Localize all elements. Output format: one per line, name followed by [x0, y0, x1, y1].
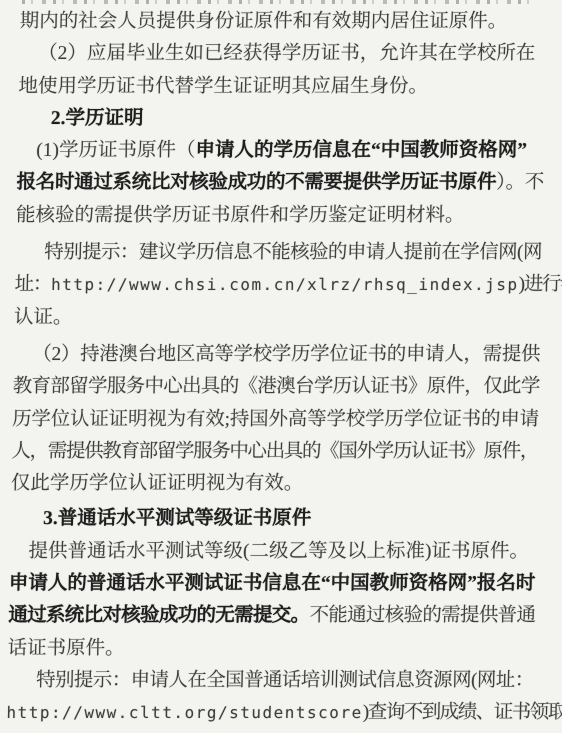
text-line: 话证书原件。: [7, 633, 535, 665]
text-segment: 教育部留学服务中心出具的《港澳台学历认证书》原件，仅此学: [12, 376, 539, 397]
text-segment: 地使用学历证书代替学生证证明其应届生身份。: [18, 76, 428, 97]
text-segment: （2）持港澳台地区高等学校学历学位证书的申请人，需提供: [32, 344, 540, 365]
text-segment: 能核验的需提供学历证书原件和学历鉴定证明材料。: [16, 205, 465, 226]
text-segment: 2.学历证明: [51, 108, 144, 129]
text-segment: 申请人的普通话水平测试证书信息在“中国教师资格网”报名时: [9, 573, 536, 594]
text-segment: 申请人的学历信息在“中国教师资格网”: [195, 140, 527, 161]
text-segment: )查询不到成绩、证书领取、: [362, 702, 562, 723]
text-line: 报名时通过系统比对核验成功的不需要提供学历证书原件）。不: [16, 167, 544, 199]
text-segment: ）。不: [496, 172, 544, 193]
url-text: http://www.cltt.org/studentscore: [6, 703, 363, 722]
text-line: (1)学历证书原件（申请人的学历信息在“中国教师资格网”: [17, 135, 545, 167]
text-line: 历学位认证证明视为有效;持国外高等学校学历学位证书的申请: [12, 404, 540, 436]
scanned-document-page: 期内的社会人员提供身份证原件和有效期内居住证原件。（2）应届毕业生如已经获得学历…: [0, 0, 562, 733]
url-text: http://www.chsi.com.cn/xlrz/rhsq_index.j…: [51, 275, 519, 294]
text-line: 人，需提供教育部留学服务中心出具的《国外学历认证书》原件，: [11, 436, 539, 468]
text-line: 地使用学历证书代替学生证证明其应届生身份。: [18, 71, 546, 103]
text-line: 能核验的需提供学历证书原件和学历鉴定证明材料。: [16, 200, 544, 232]
text-line: 申请人的普通话水平测试证书信息在“中国教师资格网”报名时: [9, 568, 537, 600]
text-segment: 期内的社会人员提供身份证原件和有效期内居住证原件。: [20, 11, 508, 32]
text-line: 通过系统比对核验成功的无需提交。不能通过核验的需提供普通: [8, 600, 536, 632]
text-segment: 仅此学历学位认证证明视为有效。: [11, 473, 304, 494]
text-line: 认证。: [14, 302, 542, 334]
text-segment: 历学位认证证明视为有效;持国外高等学校学历学位证书的申请: [12, 409, 539, 430]
text-line: 提供普通话水平测试等级(二级乙等及以上标准)证书原件。: [9, 536, 537, 568]
text-segment: 址：: [14, 274, 51, 295]
text-segment: 3.普通话水平测试等级证书原件: [43, 508, 312, 529]
text-segment: 话证书原件。: [7, 638, 124, 659]
text-segment: 通过系统比对核验成功的无需提交。: [8, 605, 310, 626]
text-segment: （2）应届毕业生如已经获得学历证书，允许其在学校所在: [38, 43, 536, 64]
text-line: 特别提示：建议学历信息不能核验的申请人提前在学信网(网: [15, 237, 543, 269]
text-segment: )进行学历: [518, 274, 562, 295]
text-line: 教育部留学服务中心出具的《港澳台学历认证书》原件，仅此学: [12, 371, 540, 403]
text-line: 址：http://www.chsi.com.cn/xlrz/rhsq_index…: [14, 269, 542, 301]
text-segment: 特别提示：申请人在全国普通话培训测试信息资源网(网址：: [36, 670, 534, 691]
text-segment: 特别提示：建议学历信息不能核验的申请人提前在学信网(网: [44, 242, 542, 263]
text-line: 3.普通话水平测试等级证书原件: [10, 503, 538, 535]
text-segment: 不能通过核验的需提供普通: [309, 605, 535, 626]
text-line: 2.学历证明: [18, 103, 546, 135]
document-body: 期内的社会人员提供身份证原件和有效期内居住证原件。（2）应届毕业生如已经获得学历…: [6, 6, 547, 730]
text-line: （2）应届毕业生如已经获得学历证书，允许其在学校所在: [19, 38, 547, 70]
text-segment: 报名时通过系统比对核验成功的不需要提供学历证书原件: [16, 172, 496, 193]
text-line: （2）持港澳台地区高等学校学历学位证书的申请人，需提供: [13, 339, 541, 371]
text-segment: 认证。: [14, 307, 73, 328]
text-line: http://www.cltt.org/studentscore)查询不到成绩、…: [6, 697, 534, 729]
clipped-line-top: [22, 0, 534, 4]
text-line: 仅此学历学位认证证明视为有效。: [11, 468, 539, 500]
text-segment: 人，需提供教育部留学服务中心出具的《国外学历认证书》原件，: [11, 441, 538, 462]
text-line: 期内的社会人员提供身份证原件和有效期内居住证原件。: [19, 6, 547, 38]
text-segment: 提供普通话水平测试等级(二级乙等及以上标准)证书原件。: [28, 541, 529, 562]
text-line: 特别提示：申请人在全国普通话培训测试信息资源网(网址：: [7, 665, 535, 697]
text-segment: (1)学历证书原件（: [36, 140, 196, 161]
